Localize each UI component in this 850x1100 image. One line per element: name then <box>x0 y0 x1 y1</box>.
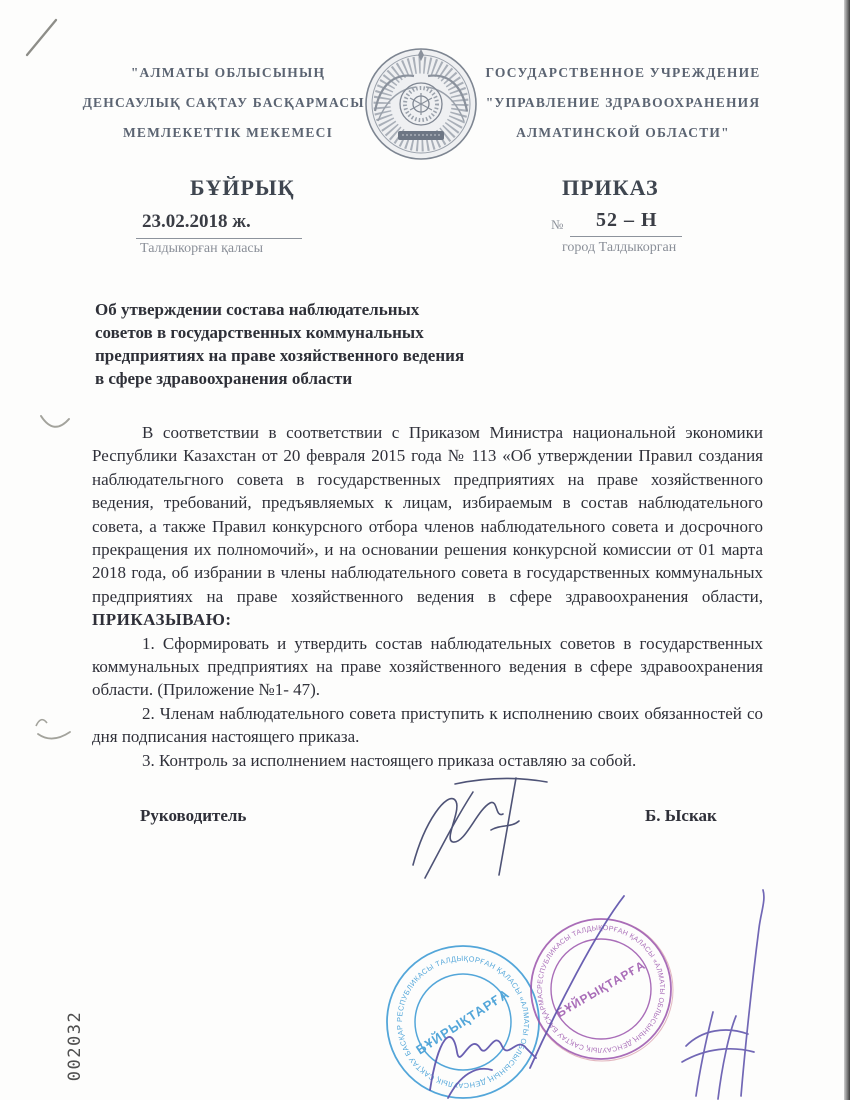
date-place-label: Талдыкорған қаласы <box>140 241 263 257</box>
subject-line: советов в государственных коммунальных <box>95 321 475 344</box>
title-kazakh: БҰЙРЫҚ <box>190 175 295 201</box>
ink-signature-right <box>682 890 764 1099</box>
org-name-russian: ГОСУДАРСТВЕННОЕ УЧРЕЖДЕНИЕ "УПРАВЛЕНИЕ З… <box>478 58 768 148</box>
date-underline <box>136 238 302 239</box>
number-sign: № <box>551 217 563 233</box>
number-place-label: город Талдыкорган <box>562 240 676 256</box>
order-date: 23.02.2018 ж. <box>142 211 251 233</box>
order-subject: Об утверждении состава наблюдательных со… <box>95 298 475 390</box>
subject-line: предприятиях на праве хозяйственного вед… <box>95 344 475 367</box>
prikazyvayu-emphasis: ПРИКАЗЫВАЮ: <box>92 610 232 629</box>
org-line: "АЛМАТЫ ОБЛЫСЫНЫҢ <box>78 58 378 88</box>
order-body: В соответствии в соответствии с Приказом… <box>92 421 763 772</box>
body-paragraph: В соответствии в соответствии с Приказом… <box>92 421 763 632</box>
scan-edge-shadow <box>844 0 850 1100</box>
signatory-role: Руководитель <box>140 806 246 826</box>
org-line: ГОСУДАРСТВЕННОЕ УЧРЕЖДЕНИЕ <box>478 58 768 88</box>
form-number-vertical: 002032 <box>65 1000 87 1092</box>
org-line: ДЕНСАУЛЫҚ САҚТАУ БАСҚАРМАСЫ" <box>78 88 378 118</box>
org-line: МЕМЛЕКЕТТІК МЕКЕМЕСІ <box>78 118 378 148</box>
margin-check-mark <box>28 712 76 748</box>
kazakhstan-emblem-icon <box>362 45 480 163</box>
signatory-name: Б. Ыскак <box>645 806 717 826</box>
subject-line: в сфере здравоохранения области <box>95 367 475 390</box>
order-item-3: 3. Контроль за исполнением настоящего пр… <box>92 749 763 772</box>
number-underline <box>570 236 682 237</box>
subject-line: Об утверждении состава наблюдательных <box>95 298 475 321</box>
director-signature <box>395 770 575 885</box>
org-line: "УПРАВЛЕНИЕ ЗДРАВООХРАНЕНИЯ <box>478 88 768 118</box>
pen-slash-mark <box>20 10 65 60</box>
body-paragraph-text: В соответствии в соответствии с Приказом… <box>92 423 763 606</box>
title-russian: ПРИКАЗ <box>562 175 659 201</box>
org-name-kazakh: "АЛМАТЫ ОБЛЫСЫНЫҢ ДЕНСАУЛЫҚ САҚТАУ БАСҚА… <box>78 58 378 148</box>
official-stamps: РЕСПУБЛИКАСЫ ТАЛДЫҚОРҒАН ҚАЛАСЫ «АЛМАТЫ … <box>330 870 800 1100</box>
scanned-order-document: "АЛМАТЫ ОБЛЫСЫНЫҢ ДЕНСАУЛЫҚ САҚТАУ БАСҚА… <box>0 0 850 1100</box>
order-item-1: 1. Сформировать и утвердить состав наблю… <box>92 632 763 702</box>
org-line: АЛМАТИНСКОЙ ОБЛАСТИ" <box>478 118 768 148</box>
stamp-ring-text: РЕСПУБЛИКАСЫ ТАЛДЫҚОРҒАН ҚАЛАСЫ «АЛМАТЫ … <box>330 870 665 1053</box>
stamp-center-text: БҰЙРЫҚТАРҒА <box>413 986 512 1058</box>
svg-text:РЕСПУБЛИКАСЫ ТАЛДЫҚОРҒАН ҚАЛАС: РЕСПУБЛИКАСЫ ТАЛДЫҚОРҒАН ҚАЛАСЫ «АЛМАТЫ … <box>330 870 665 1053</box>
margin-check-mark <box>38 410 72 440</box>
order-number: 52 – Н <box>596 209 658 232</box>
order-item-2: 2. Членам наблюдательного совета приступ… <box>92 702 763 749</box>
